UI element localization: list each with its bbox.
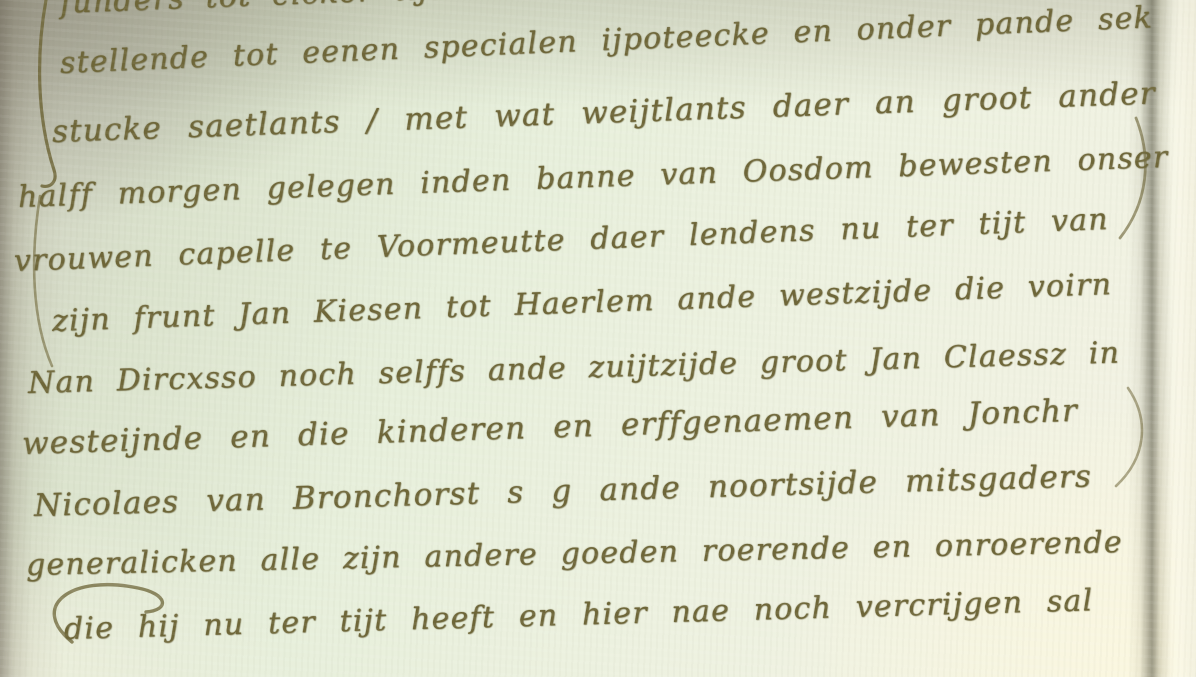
manuscript-line: halff morgen gelegen inden banne van Oos… [17,140,1169,215]
manuscript-line: westeijnde en die kinderen en erffgenaem… [21,393,1078,462]
manuscript-line: vrouwen capelle te Voormeutte daer lende… [13,202,1109,279]
manuscript-page: funders tot elcker tijs tamme stellende … [0,0,1196,677]
manuscript-line: Nan Dircxsso noch selffs ande zuijtzijde… [28,336,1121,401]
manuscript-line: generalicken alle zijn andere goeden roe… [26,525,1123,583]
manuscript-line: Nicolaes van Bronchorst s g ande noortsi… [33,458,1092,524]
manuscript-line: zijn frunt Jan Kiesen tot Haerlem ande w… [51,267,1112,339]
manuscript-line: funders tot elcker tijs tamme [59,0,577,21]
manuscript-line: die hij nu ter tijt heeft en hier nae no… [64,583,1094,647]
manuscript-line: stucke saetlants / met wat weijtlants da… [51,75,1156,150]
